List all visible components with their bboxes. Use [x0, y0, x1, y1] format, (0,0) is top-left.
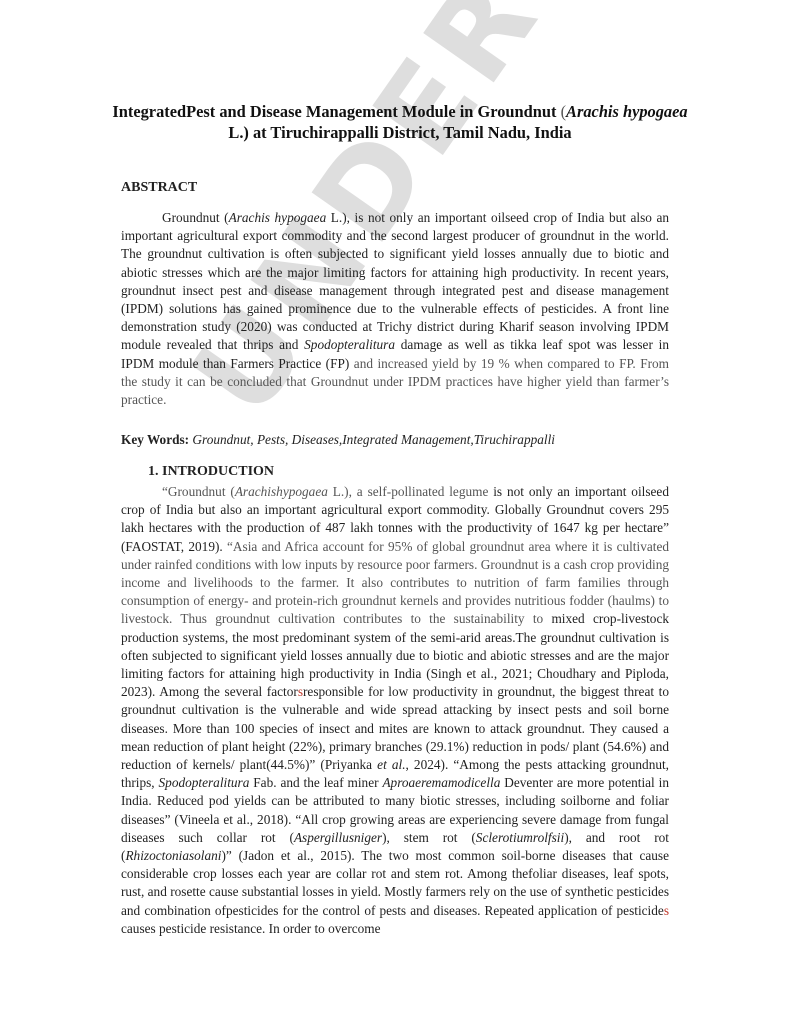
text-run: L.), a self-pollinated legume: [328, 484, 493, 499]
text-run: Aspergillusniger: [294, 830, 382, 845]
title-part-2: L.) at Tiruchirappalli District, Tamil N…: [228, 123, 571, 142]
text-run: Sclerotiumrolfsii: [476, 830, 564, 845]
text-run: s: [664, 903, 669, 918]
text-run: L.), is not only an important oilseed cr…: [121, 210, 669, 352]
text-run: Rhizoctoniasolani: [125, 848, 221, 863]
text-run: causes pesticide resistance. In order to…: [121, 921, 381, 936]
text-run: “Groundnut (: [162, 484, 235, 499]
text-run: Spodopteralitura: [159, 775, 250, 790]
keywords-label: Key Words:: [121, 432, 189, 447]
text-run: ), stem rot (: [382, 830, 476, 845]
text-run: Groundnut (: [162, 210, 229, 225]
text-run: et al.: [377, 757, 405, 772]
text-run: Arachishypogaea: [235, 484, 328, 499]
text-run: Aproaeremamodicella: [382, 775, 500, 790]
text-run: Spodopteralitura: [304, 337, 395, 352]
title-species: Arachis hypogaea: [566, 102, 688, 121]
text-run: Arachis hypogaea: [229, 210, 327, 225]
introduction-heading: 1. INTRODUCTION: [148, 464, 274, 480]
title-part-1: IntegratedPest and Disease Management Mo…: [112, 102, 560, 121]
document-page: UNDER PEER REV IntegratedPest and Diseas…: [0, 0, 791, 1024]
abstract-heading: ABSTRACT: [121, 180, 197, 196]
abstract-body: Groundnut (Arachis hypogaea L.), is not …: [121, 209, 669, 409]
introduction-body: “Groundnut (Arachishypogaea L.), a self-…: [121, 483, 669, 938]
text-run: Fab. and the leaf miner: [249, 775, 382, 790]
paper-title: IntegratedPest and Disease Management Mo…: [110, 101, 690, 143]
keywords-value: Groundnut, Pests, Diseases,Integrated Ma…: [192, 432, 555, 447]
keywords: Key Words: Groundnut, Pests, Diseases,In…: [121, 432, 555, 448]
